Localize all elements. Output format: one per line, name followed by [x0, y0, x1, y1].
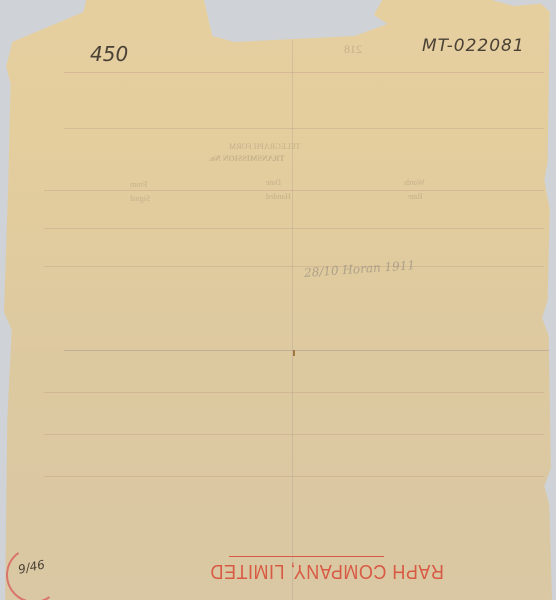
- ghost-label: Words: [404, 178, 425, 187]
- ghost-form-title-2: TRANSMISSION No.: [209, 154, 285, 163]
- ghost-number: 218: [344, 42, 362, 57]
- handwritten-reference: MT-022081: [422, 36, 525, 56]
- ghost-label: Handed: [266, 192, 291, 201]
- staple-mark: [293, 350, 295, 356]
- ghost-label: Date: [266, 178, 281, 187]
- handwritten-date-note: 28/10 Horan 1911: [304, 258, 416, 280]
- ruled-line: [44, 476, 544, 477]
- ruled-line: [64, 72, 544, 73]
- ruled-line: [64, 128, 544, 129]
- center-fold-line: [292, 40, 293, 600]
- ruled-line: [44, 392, 544, 393]
- ghost-label: From: [130, 180, 147, 189]
- document-paper: 218 TELEGRAPH FORM TRANSMISSION No. Word…: [4, 0, 552, 600]
- printed-company-name: RAPH COMPANY, LIMITED: [210, 559, 444, 583]
- ruled-line: [64, 350, 554, 351]
- red-circle-mark: [2, 543, 67, 600]
- ruled-line: [44, 190, 544, 191]
- ghost-label: Rate: [408, 192, 423, 201]
- ghost-label: Signal: [130, 194, 150, 203]
- ghost-form-title-1: TELEGRAPH FORM: [229, 142, 300, 151]
- ruled-line: [44, 434, 544, 435]
- ruled-line: [44, 228, 544, 229]
- printed-rule: [229, 556, 384, 557]
- ruled-line: [44, 266, 544, 267]
- handwritten-number: 450: [90, 42, 128, 66]
